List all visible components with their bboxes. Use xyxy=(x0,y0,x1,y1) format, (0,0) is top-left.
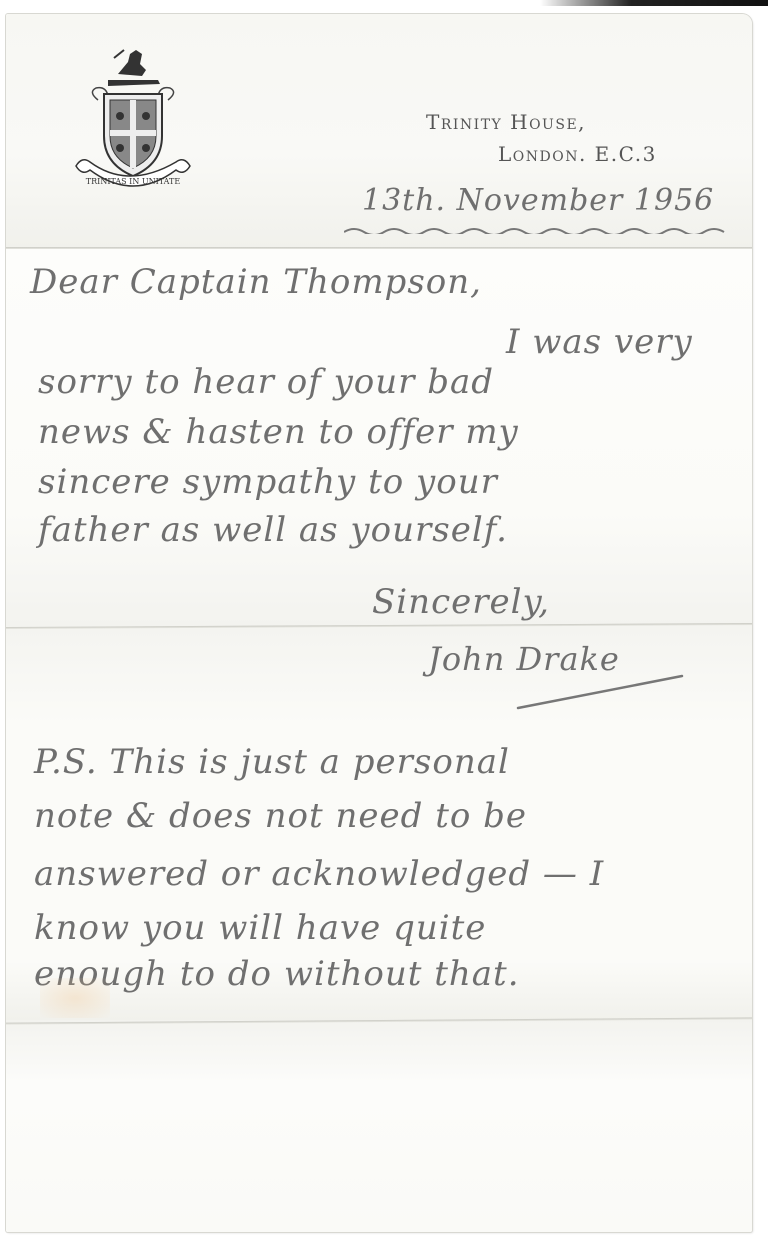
closing: Sincerely, xyxy=(372,582,550,622)
body-line: father as well as yourself. xyxy=(38,510,508,550)
postscript-line: answered or acknowledged — I xyxy=(34,854,604,894)
postscript-line: note & does not need to be xyxy=(34,796,527,836)
crest-motto: TRINITAS IN UNITATE xyxy=(86,177,181,186)
fold-line xyxy=(6,247,752,249)
body-line: news & hasten to offer my xyxy=(38,412,519,452)
letterhead-line-1: Trinity House, xyxy=(426,110,586,134)
date-underline xyxy=(344,226,734,234)
fold-panel-bottom xyxy=(6,1020,752,1232)
letterhead-line-2: London. E.C.3 xyxy=(498,142,657,166)
postscript-line: P.S. This is just a personal xyxy=(34,742,510,782)
salutation: Dear Captain Thompson, xyxy=(30,262,482,302)
letter-date: 13th. November 1956 xyxy=(362,183,714,218)
body-line: sorry to hear of your bad xyxy=(38,362,494,402)
body-line: I was very xyxy=(506,322,693,362)
body-line: sincere sympathy to your xyxy=(38,462,498,502)
scan-edge-shadow xyxy=(540,0,768,6)
signature-underline xyxy=(510,672,690,712)
paper-stain xyxy=(40,978,110,1018)
postscript-line: know you will have quite xyxy=(34,908,486,948)
trinity-house-crest-icon: TRINITAS IN UNITATE xyxy=(68,44,198,204)
